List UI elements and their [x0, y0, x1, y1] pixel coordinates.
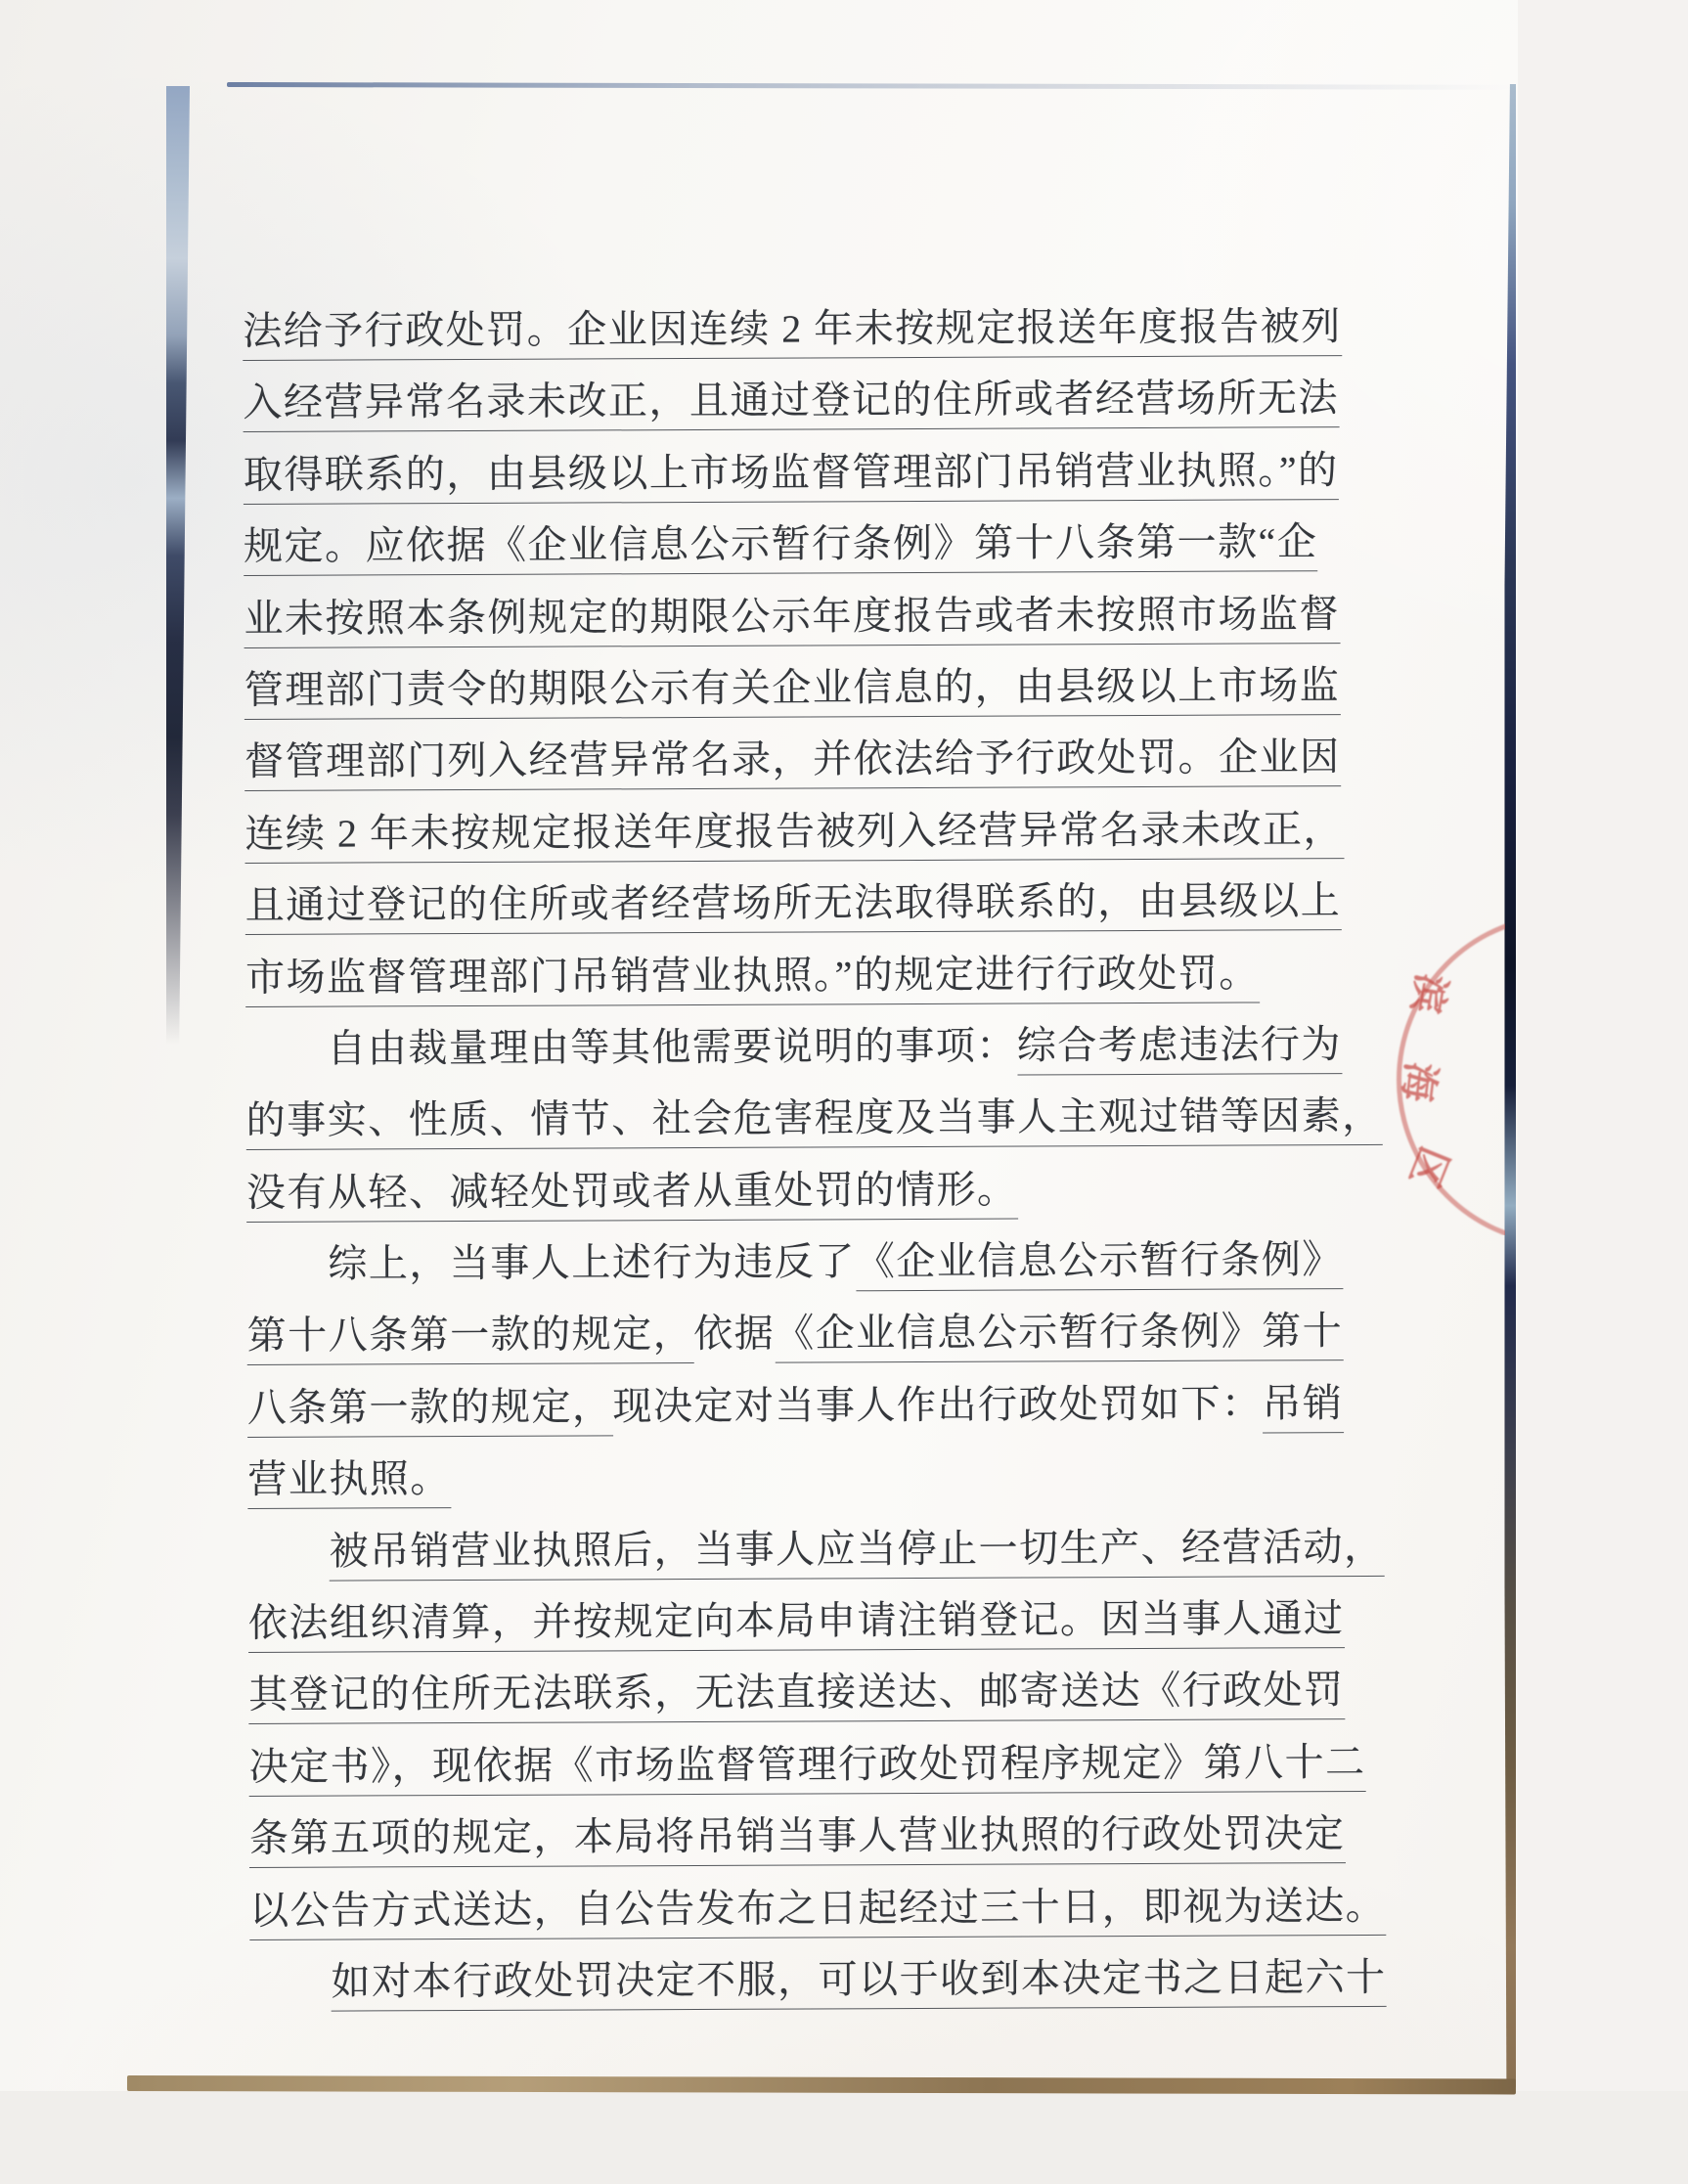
text-line: 如对本行政处罚决定不服，可以于收到本决定书之日起六十	[249, 1941, 1349, 2018]
text-line: 以公告方式送达，自公告发布之日起经过三十日，即视为送达。	[249, 1870, 1349, 1946]
text-line: 综上，当事人上述行为违反了《企业信息公示暂行条例》	[246, 1224, 1346, 1300]
text-segment: 规定。应依据《企业信息公示暂行条例》第十八条第一款“企	[244, 519, 1317, 576]
text-segment: 且通过登记的住所或者经营场所无法取得联系的，由县级以上	[245, 878, 1342, 935]
background-below-paper	[0, 2091, 1688, 2184]
text-line: 取得联系的，由县级以上市场监督管理部门吊销营业执照。”的	[244, 434, 1343, 511]
text-line: 规定。应依据《企业信息公示暂行条例》第十八条第一款“企	[244, 506, 1343, 582]
red-seal-character: 海	[1392, 1059, 1451, 1105]
text-segment: 其登记的住所无法联系，无法直接送达、邮寄送达《行政处罚	[248, 1669, 1345, 1725]
text-line: 法给予行政处罚。企业因连续 2 年未按规定报送年度报告被列	[243, 290, 1342, 367]
text-segment: 市场监督管理部门吊销营业执照。”的规定进行行政处罚。	[245, 951, 1260, 1007]
text-line: 决定书》，现依据《市场监督管理行政处罚程序规定》第八十二	[248, 1726, 1348, 1803]
text-segment: 管理部门责令的期限公示有关企业信息的，由县级以上市场监	[244, 663, 1341, 720]
text-segment: 决定书》，现依据《市场监督管理行政处罚程序规定》第八十二	[248, 1740, 1365, 1797]
text-line: 督管理部门列入经营异常名录，并依法给予行政处罚。企业因	[244, 721, 1344, 797]
text-segment: 以公告方式送达，自公告发布之日起经过三十日，即视为送达。	[249, 1884, 1386, 1940]
text-segment: 没有从轻、减轻处罚或者从重处罚的情形。	[246, 1167, 1018, 1222]
text-segment: 依法组织清算，并按规定向本局申请注销登记。因当事人通过	[248, 1596, 1345, 1653]
text-segment: 如对本行政处罚决定不服，可以于收到本决定书之日起六十	[331, 1955, 1386, 2012]
text-segment: 督管理部门列入经营异常名录，并依法给予行政处罚。企业因	[244, 735, 1341, 791]
scanned-document-photo: { "document": { "lines": [ {"indent": fa…	[0, 0, 1688, 2184]
text-segment: 的事实、性质、情节、社会危害程度及当事人主观过错等因素，	[246, 1093, 1383, 1150]
text-line: 且通过登记的住所或者经营场所无法取得联系的，由县级以上	[245, 865, 1345, 941]
text-line: 其登记的住所无法联系，无法直接送达、邮寄送达《行政处罚	[248, 1655, 1348, 1731]
text-segment: 《企业信息公示暂行条例》	[856, 1237, 1343, 1291]
text-segment: 《企业信息公示暂行条例》第十	[775, 1310, 1343, 1364]
background-right-of-paper	[1518, 0, 1688, 2184]
text-line: 八条第一款的规定，现决定对当事人作出行政处罚如下：吊销	[247, 1367, 1347, 1444]
text-line: 的事实、性质、情节、社会危害程度及当事人主观过错等因素，	[246, 1080, 1346, 1156]
text-segment: 综合考虑违法行为	[1017, 1022, 1342, 1075]
text-segment: 法给予行政处罚。企业因连续 2 年未按规定报送年度报告被列	[243, 304, 1342, 361]
text-segment: 八条第一款的规定，	[247, 1384, 613, 1438]
text-line: 市场监督管理部门吊销营业执照。”的规定进行行政处罚。	[245, 937, 1345, 1013]
text-line: 第十八条第一款的规定，依据《企业信息公示暂行条例》第十	[246, 1296, 1346, 1372]
text-line: 自由裁量理由等其他需要说明的事项：综合考虑违法行为	[245, 1008, 1345, 1085]
text-line: 业未按照本条例规定的期限公示年度报告或者未按照市场监督	[244, 578, 1343, 654]
text-segment: 营业执照。	[247, 1456, 451, 1509]
text-segment: 业未按照本条例规定的期限公示年度报告或者未按照市场监督	[244, 592, 1340, 648]
text-segment: 第十八条第一款的规定，	[247, 1312, 694, 1365]
text-segment: 连续 2 年未按规定报送年度报告被列入经营异常名录未改正，	[244, 807, 1344, 864]
text-line: 营业执照。	[247, 1439, 1347, 1515]
text-segment: 取得联系的，由县级以上市场监督管理部门吊销营业执照。”的	[244, 448, 1339, 505]
text-segment: 依据	[693, 1312, 775, 1356]
text-line: 依法组织清算，并按规定向本局申请注销登记。因当事人通过	[248, 1582, 1348, 1659]
text-line: 入经营异常名录未改正，且通过登记的住所或者经营场所无法	[243, 362, 1342, 438]
text-line: 没有从轻、减轻处罚或者从重处罚的情形。	[246, 1152, 1346, 1228]
text-segment: 条第五项的规定，本局将吊销当事人营业执照的行政处罚决定	[249, 1811, 1346, 1868]
text-segment: 入经营异常名录未改正，且通过登记的住所或者经营场所无法	[243, 377, 1339, 433]
text-block: 法给予行政处罚。企业因连续 2 年未按规定报送年度报告被列入经营异常名录未改正，…	[243, 290, 1350, 2018]
text-segment: 自由裁量理由等其他需要说明的事项：	[327, 1023, 1017, 1070]
text-segment: 现决定对当事人作出行政处罚如下：	[612, 1381, 1262, 1428]
text-line: 连续 2 年未按规定报送年度报告被列入经营异常名录未改正，	[244, 793, 1344, 869]
text-line: 条第五项的规定，本局将吊销当事人营业执照的行政处罚决定	[249, 1798, 1349, 1874]
text-line: 被吊销营业执照后，当事人应当停止一切生产、经营活动，	[247, 1511, 1347, 1587]
text-segment: 被吊销营业执照后，当事人应当停止一切生产、经营活动，	[330, 1525, 1385, 1582]
red-seal-partial: 滨 海 区	[1367, 908, 1505, 1235]
text-segment: 吊销	[1262, 1381, 1343, 1433]
text-line: 管理部门责令的期限公示有关企业信息的，由县级以上市场监	[244, 649, 1344, 726]
text-segment: 综上，当事人上述行为违反了	[328, 1239, 856, 1285]
